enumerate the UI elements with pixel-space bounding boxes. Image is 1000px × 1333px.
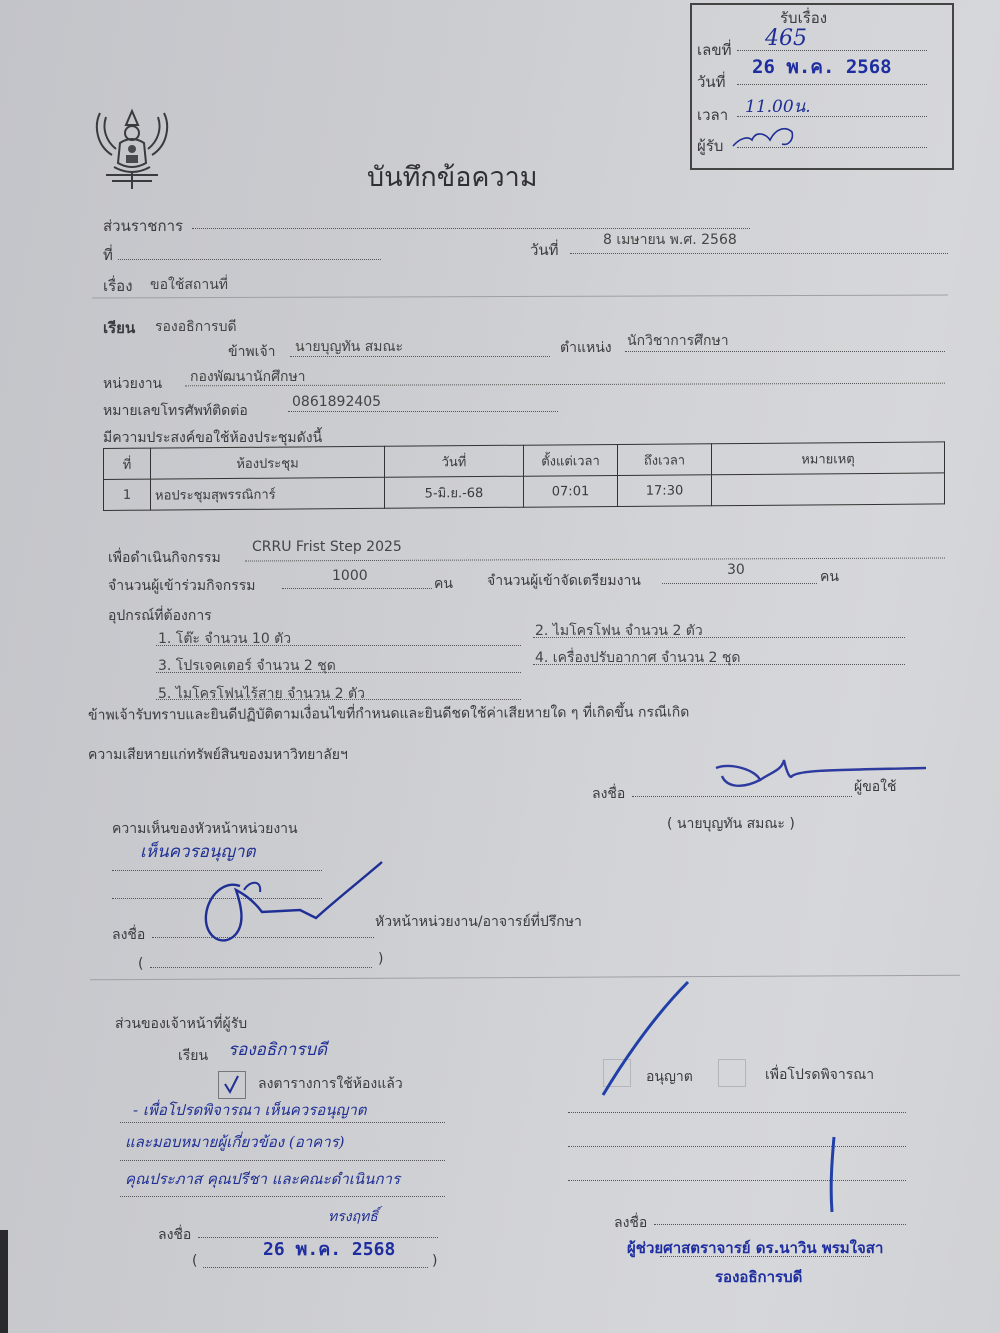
receive-number-value: 465 [765, 26, 807, 51]
checkmark-icon [219, 1072, 245, 1098]
approve-label: อนุญาต [646, 1066, 693, 1088]
department-label: ส่วนราชการ [103, 214, 183, 238]
participants-line [282, 588, 432, 589]
equipment-item-3: 3. โปรเจคเตอร์ จำนวน 2 ชุด [158, 655, 336, 677]
equipment-line-2 [533, 637, 905, 638]
officer-name-open: ( [192, 1253, 197, 1269]
approval-sign-line [654, 1224, 906, 1225]
receive-date-line [737, 84, 927, 85]
head-name-line [150, 967, 372, 968]
ref-label: ที่ [103, 243, 113, 267]
room-request-table: ที่ ห้องประชุม วันที่ ตั้งแต่เวลา ถึงเวล… [103, 441, 945, 511]
staff-line [662, 583, 817, 584]
agreement-line-2: ความเสียหายแก่ทรัพย์สินของมหาวิทยาลัยฯ [88, 744, 348, 766]
receive-receiver-line [737, 147, 927, 148]
equipment-label: อุปกรณ์ที่ต้องการ [108, 605, 212, 627]
phone-label: หมายเลขโทรศัพท์ติดต่อ [103, 400, 248, 422]
subject-label: เรื่อง [103, 274, 133, 298]
date-label: วันที่ [530, 238, 559, 262]
staff-label: จำนวนผู้เข้าจัดเตรียมงาน [487, 570, 641, 592]
receive-date-label: วันที่ [697, 70, 726, 94]
activity-line [245, 557, 945, 561]
head-opinion-handwritten: เห็นควรอนุญาต [140, 838, 256, 865]
date-value: 8 เมษายน พ.ศ. 2568 [603, 229, 737, 251]
officer-to-label: เรียน [178, 1045, 208, 1067]
officer-to-handwritten: รองอธิการบดี [228, 1036, 327, 1063]
equipment-item-1: 1. โต๊ะ จำนวน 10 ตัว [158, 628, 291, 650]
applicant-sign-line [632, 796, 852, 797]
equipment-item-5: 5. ไมโครโฟนไร้สาย จำนวน 2 ตัว [158, 683, 365, 705]
receive-number-label: เลขที่ [697, 38, 731, 62]
cell-start: 07:01 [524, 475, 618, 507]
applicant-sign-label: ลงชื่อ [592, 783, 625, 805]
participants-label: จำนวนผู้เข้าร่วมกิจกรรม [108, 575, 256, 597]
head-opinion-line-1 [112, 870, 322, 871]
unit-value: กองพัฒนานักศึกษา [190, 366, 306, 388]
col-no: ที่ [104, 448, 151, 479]
position-label: ตำแหน่ง [560, 337, 612, 359]
officer-note-1: - เพื่อโปรดพิจารณา เห็นควรอนุญาต [133, 1098, 367, 1122]
position-value: นักวิชาการศึกษา [627, 330, 729, 352]
phone-value: 0861892405 [292, 394, 381, 410]
receive-date-stamp: 26 พ.ค. 2568 [752, 52, 892, 82]
equipment-line-5 [156, 699, 521, 700]
receive-time-label: เวลา [697, 103, 728, 127]
head-role: หัวหน้าหน่วยงาน/อาจารย์ที่ปรึกษา [375, 911, 582, 933]
head-name-open: ( [138, 956, 143, 972]
participants-unit: คน [434, 573, 453, 595]
section-divider [90, 975, 960, 981]
phone-line [288, 411, 558, 412]
ref-line [118, 259, 381, 260]
col-remark: หมายเหตุ [712, 442, 945, 475]
approver-title: รองอธิการบดี [715, 1265, 802, 1289]
applicant-name: ( นายบุญทัน สมณะ ) [667, 813, 795, 835]
to-value: รองอธิการบดี [155, 316, 237, 338]
equipment-line-1 [156, 645, 521, 646]
col-date: วันที่ [385, 445, 524, 477]
officer-name-line [203, 1267, 428, 1268]
activity-label: เพื่อดำเนินกิจกรรม [108, 547, 221, 569]
applicant-role: ผู้ขอใช้ [854, 776, 897, 798]
garuda-emblem-icon [92, 105, 172, 191]
date-line [570, 253, 948, 254]
cell-date: 5-มิ.ย.-68 [385, 476, 524, 508]
receive-time-value: 11.00น. [745, 93, 811, 120]
approve-checkbox[interactable] [603, 1059, 631, 1087]
approval-line-2 [568, 1146, 906, 1147]
receive-receiver-label: ผู้รับ [697, 134, 723, 158]
head-opinion-label: ความเห็นของหัวหน้าหน่วยงาน [112, 818, 298, 840]
applicant-label: ข้าพเจ้า [228, 341, 276, 363]
officer-section-label: ส่วนของเจ้าหน้าที่ผู้รับ [115, 1013, 247, 1035]
scheduled-checkbox[interactable] [218, 1071, 246, 1099]
consider-label: เพื่อโปรดพิจารณา [765, 1064, 874, 1086]
col-room: ห้องประชุม [151, 446, 385, 479]
col-end: ถึงเวลา [618, 444, 712, 476]
scheduled-label: ลงตารางการใช้ห้องแล้ว [258, 1073, 403, 1095]
head-opinion-line-2 [112, 898, 322, 899]
officer-note-line-3 [120, 1196, 445, 1197]
officer-name-close: ) [432, 1253, 437, 1269]
staff-unit: คน [820, 566, 839, 588]
consider-checkbox[interactable] [718, 1059, 746, 1087]
officer-note-3: คุณประภาส คุณปรีชา และคณะดำเนินการ [125, 1167, 400, 1191]
cell-no: 1 [104, 479, 151, 510]
table-row: 1 หอประชุมสุพรรณิการ์ 5-มิ.ย.-68 07:01 1… [104, 473, 945, 511]
approval-line-3 [568, 1180, 906, 1181]
participants-value: 1000 [332, 568, 368, 584]
equipment-line-3 [156, 672, 521, 673]
equipment-item-2: 2. ไมโครโฟน จำนวน 2 ตัว [535, 620, 703, 642]
activity-value: CRRU Frist Step 2025 [252, 539, 402, 555]
cell-end: 17:30 [618, 475, 712, 507]
applicant-value: นายบุญทัน สมณะ [295, 336, 403, 358]
subject-value: ขอใช้สถานที่ [150, 274, 228, 296]
equipment-line-4 [533, 664, 905, 665]
col-start: ตั้งแต่เวลา [524, 444, 618, 476]
officer-date-stamp: 26 พ.ค. 2568 [263, 1234, 395, 1263]
head-sign-label: ลงชื่อ [112, 924, 145, 946]
unit-label: หน่วยงาน [103, 373, 162, 395]
cell-remark [712, 473, 945, 506]
officer-note-line-2 [120, 1160, 445, 1161]
officer-note-2: และมอบหมายผู้เกี่ยวข้อง (อาคาร) [125, 1130, 345, 1154]
agreement-line-1: ข้าพเจ้ารับทราบและยินดีปฏิบัติตามเงื่อนไ… [88, 701, 689, 726]
approval-sign-label: ลงชื่อ [614, 1212, 647, 1234]
approval-line-1 [568, 1112, 906, 1113]
to-label: เรียน [103, 316, 135, 340]
head-signature-icon [206, 862, 382, 940]
approver-name-line [660, 1256, 870, 1257]
equipment-item-4: 4. เครื่องปรับอากาศ จำนวน 2 ชุด [535, 647, 740, 669]
officer-sign-handwritten: ทรงฤทธิ์ [328, 1206, 378, 1228]
officer-sign-label: ลงชื่อ [158, 1224, 191, 1246]
head-name-close: ) [378, 951, 383, 967]
officer-note-line-1 [120, 1122, 445, 1123]
page-edge-shadow [0, 1230, 8, 1333]
approver-signature-icon [831, 1137, 834, 1212]
memo-title: บันทึกข้อความ [367, 155, 538, 198]
staff-value: 30 [727, 562, 745, 578]
head-sign-line [152, 937, 374, 938]
cell-room: หอประชุมสุพรรณิการ์ [151, 477, 385, 510]
